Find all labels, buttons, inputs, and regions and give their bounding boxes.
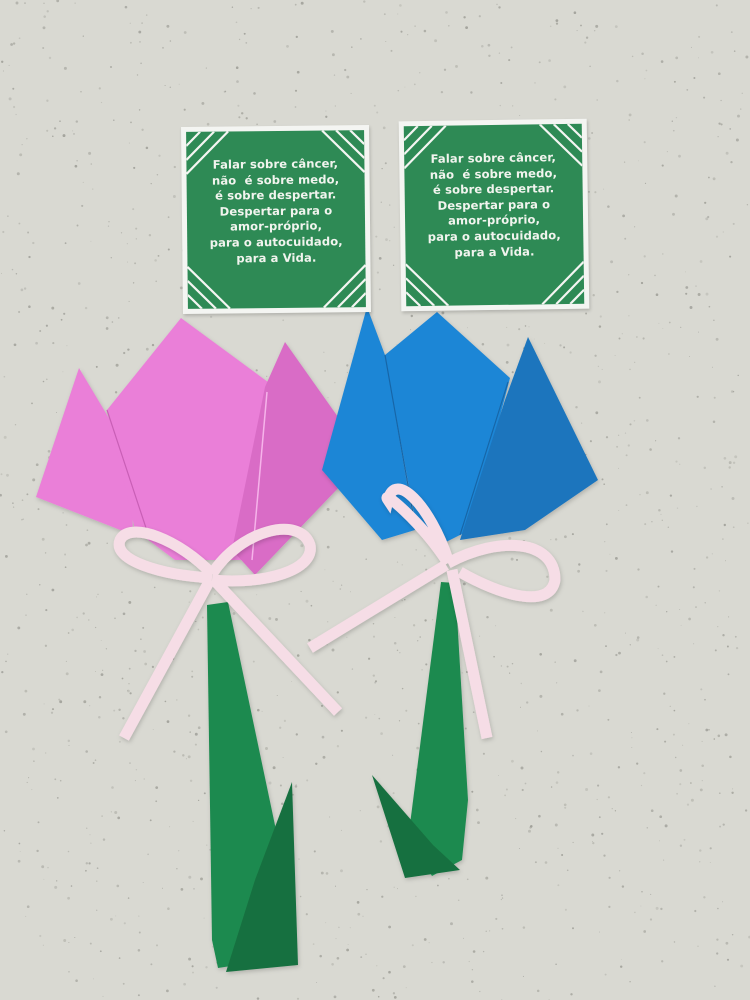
card-line: Despertar para o: [187, 203, 365, 220]
card-line: para a Vida.: [187, 250, 365, 267]
card-line: não é sobre medo,: [404, 165, 582, 183]
card-line: para o autocuidado,: [187, 234, 365, 251]
card-line: é sobre despertar.: [187, 187, 365, 204]
message-card-left: Falar sobre câncer, não é sobre medo, é …: [181, 125, 371, 314]
message-card-face: Falar sobre câncer, não é sobre medo, é …: [186, 130, 366, 309]
message-card-face: Falar sobre câncer, não é sobre medo, é …: [404, 124, 584, 306]
card-line: não é sobre medo,: [187, 172, 365, 189]
card-message: Falar sobre câncer, não é sobre medo, é …: [404, 150, 584, 262]
card-line: para a Vida.: [405, 243, 583, 261]
card-line: para o autocuidado,: [405, 228, 583, 246]
photo-scene: [0, 0, 750, 1000]
message-card-right: Falar sobre câncer, não é sobre medo, é …: [399, 119, 590, 312]
card-line: amor-próprio,: [187, 218, 365, 235]
card-line: Falar sobre câncer,: [186, 156, 364, 173]
card-message: Falar sobre câncer, não é sobre medo, é …: [186, 156, 365, 267]
